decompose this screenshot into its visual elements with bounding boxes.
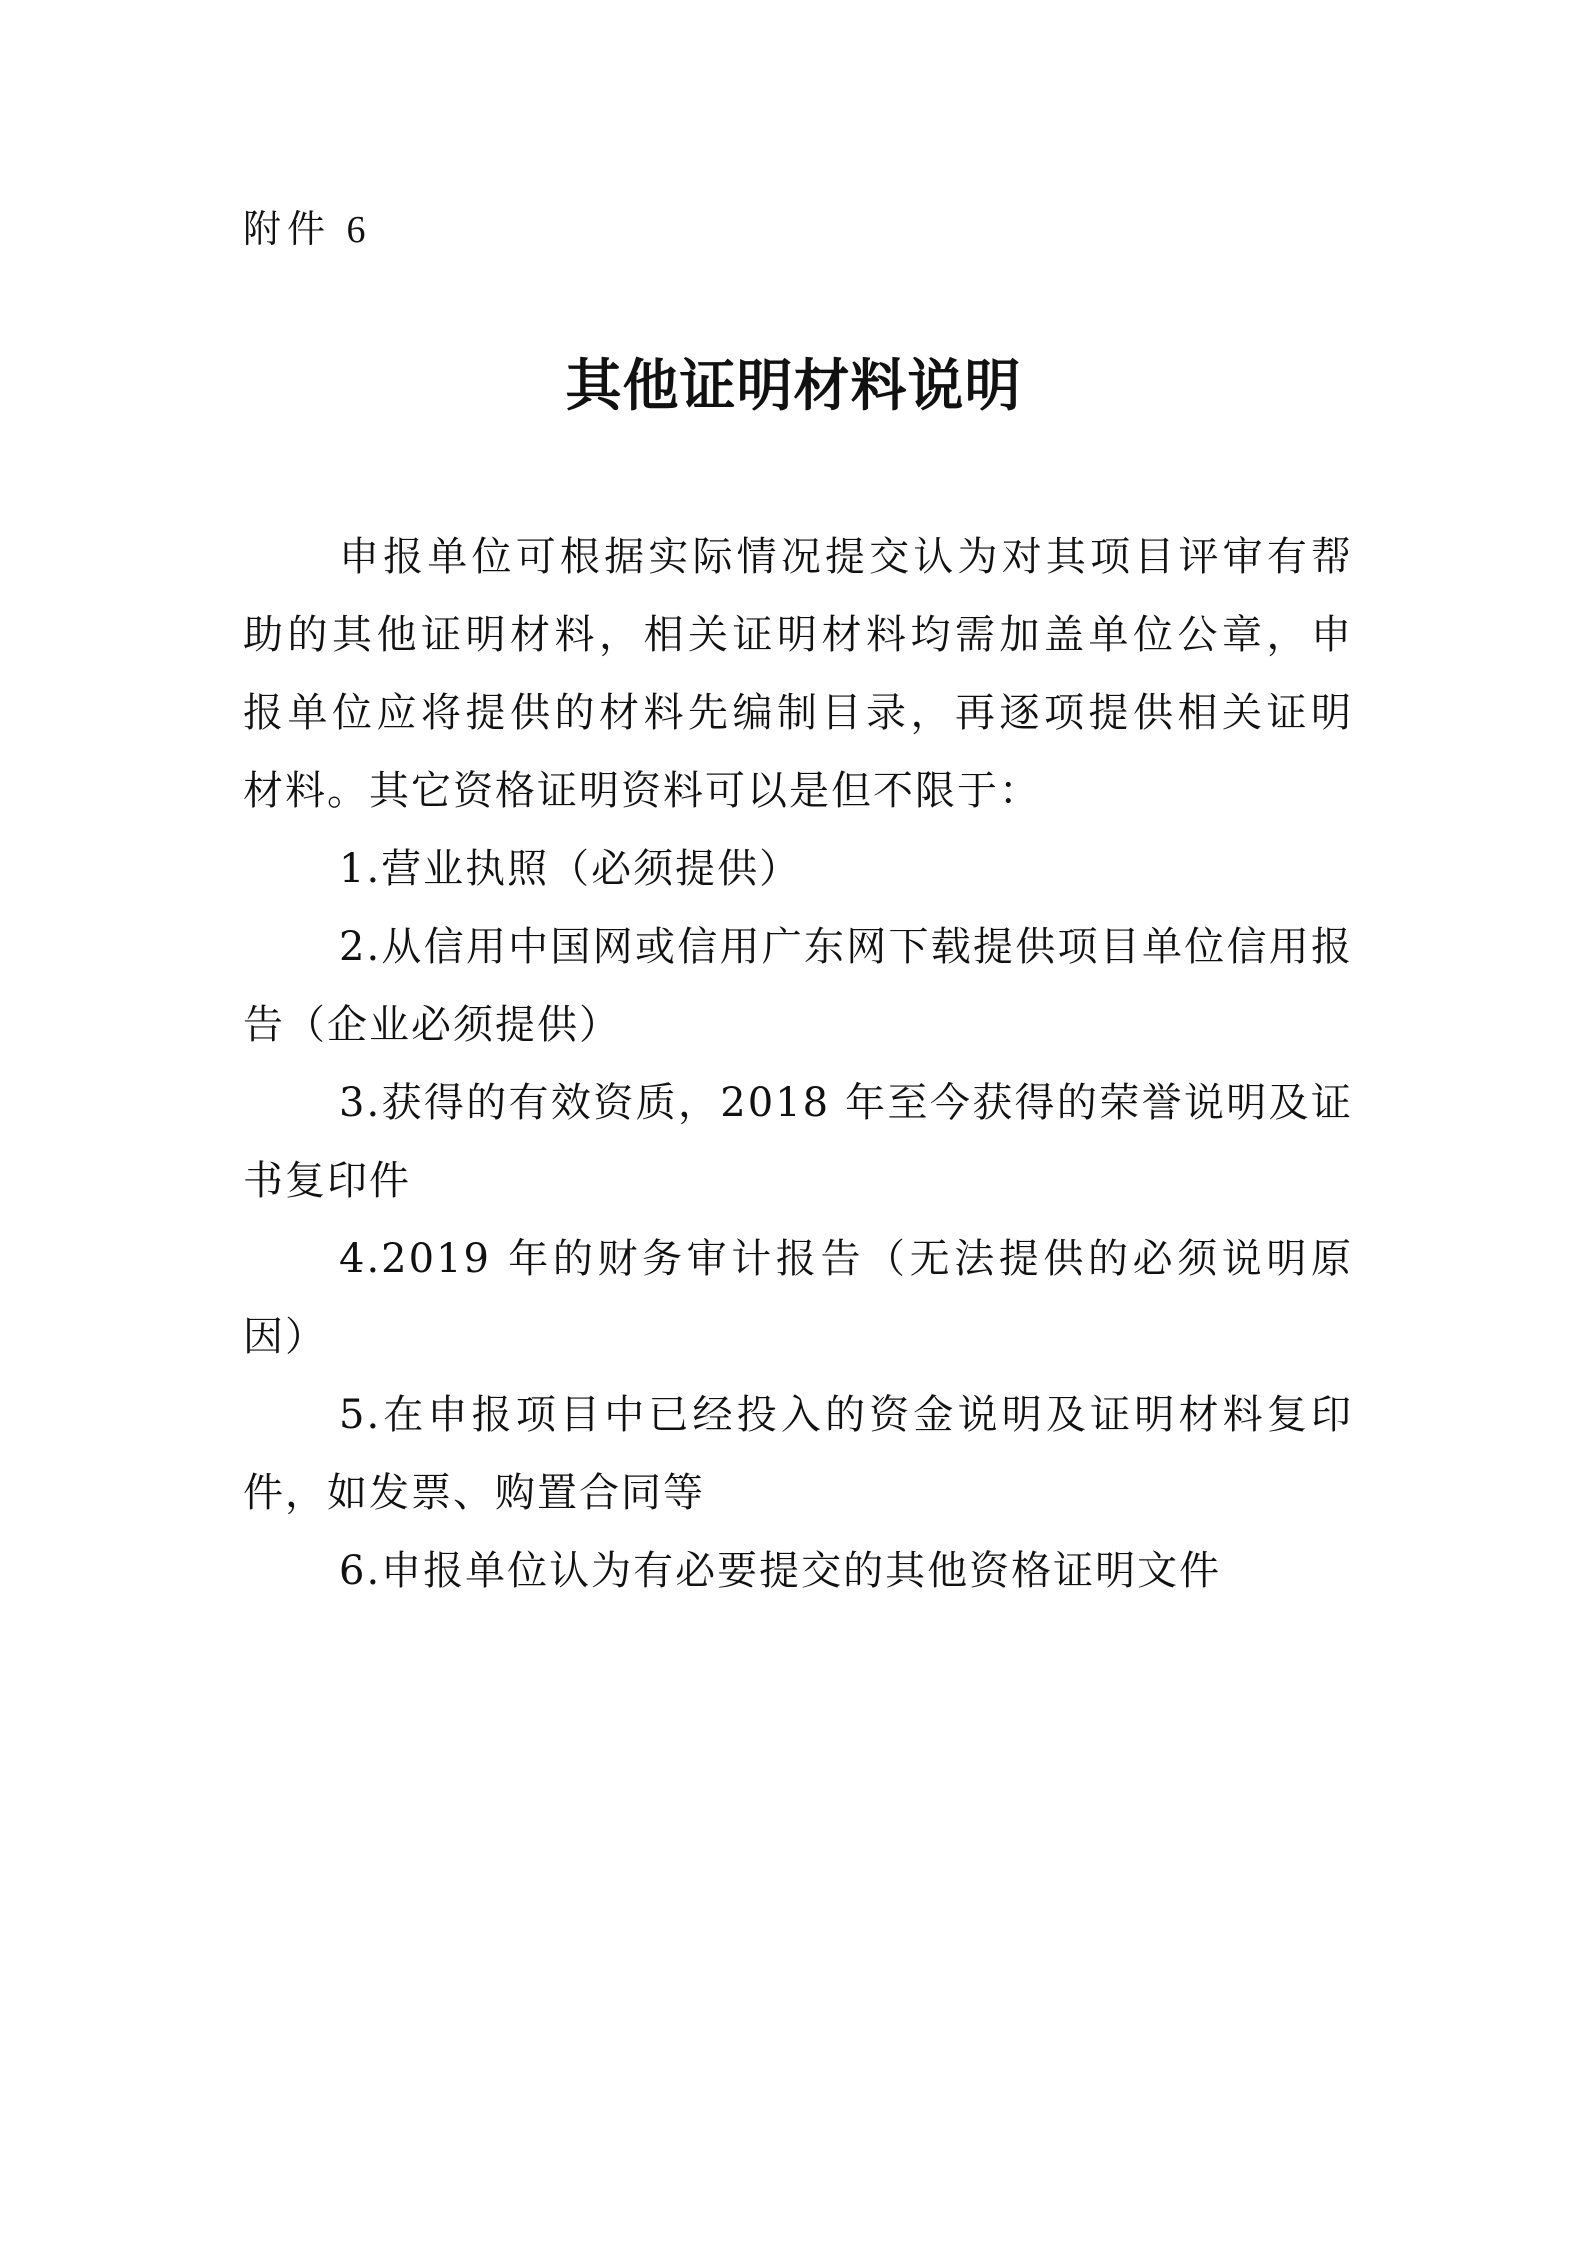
list-item-2-line-1: 2.从信用中国网或信用广东网下载提供项目单位信用报 bbox=[243, 908, 1353, 986]
attachment-label: 附件 6 bbox=[243, 198, 372, 253]
intro-line-4: 材料。其它资格证明资料可以是但不限于： bbox=[243, 752, 1353, 830]
document-page: 附件 6 其他证明材料说明 申报单位可根据实际情况提交认为对其项目评审有帮 助的… bbox=[0, 0, 1587, 2245]
list-item-5-line-2: 件，如发票、购置合同等 bbox=[243, 1454, 1353, 1532]
intro-line-3: 报单位应将提供的材料先编制目录，再逐项提供相关证明 bbox=[243, 674, 1353, 752]
document-title: 其他证明材料说明 bbox=[0, 342, 1587, 422]
list-item-4-line-2: 因） bbox=[243, 1298, 1353, 1376]
list-item-6: 6.申报单位认为有必要提交的其他资格证明文件 bbox=[243, 1532, 1353, 1610]
list-item-1: 1.营业执照（必须提供） bbox=[243, 830, 1353, 908]
list-item-3-line-2: 书复印件 bbox=[243, 1142, 1353, 1220]
intro-line-2: 助的其他证明材料，相关证明材料均需加盖单位公章，申 bbox=[243, 596, 1353, 674]
intro-line-1: 申报单位可根据实际情况提交认为对其项目评审有帮 bbox=[243, 518, 1353, 596]
list-item-3-line-1: 3.获得的有效资质，2018 年至今获得的荣誉说明及证 bbox=[243, 1064, 1353, 1142]
list-item-2-line-2: 告（企业必须提供） bbox=[243, 986, 1353, 1064]
document-body: 申报单位可根据实际情况提交认为对其项目评审有帮 助的其他证明材料，相关证明材料均… bbox=[243, 518, 1353, 1610]
list-item-5-line-1: 5.在申报项目中已经投入的资金说明及证明材料复印 bbox=[243, 1376, 1353, 1454]
list-item-4-line-1: 4.2019 年的财务审计报告（无法提供的必须说明原 bbox=[243, 1220, 1353, 1298]
